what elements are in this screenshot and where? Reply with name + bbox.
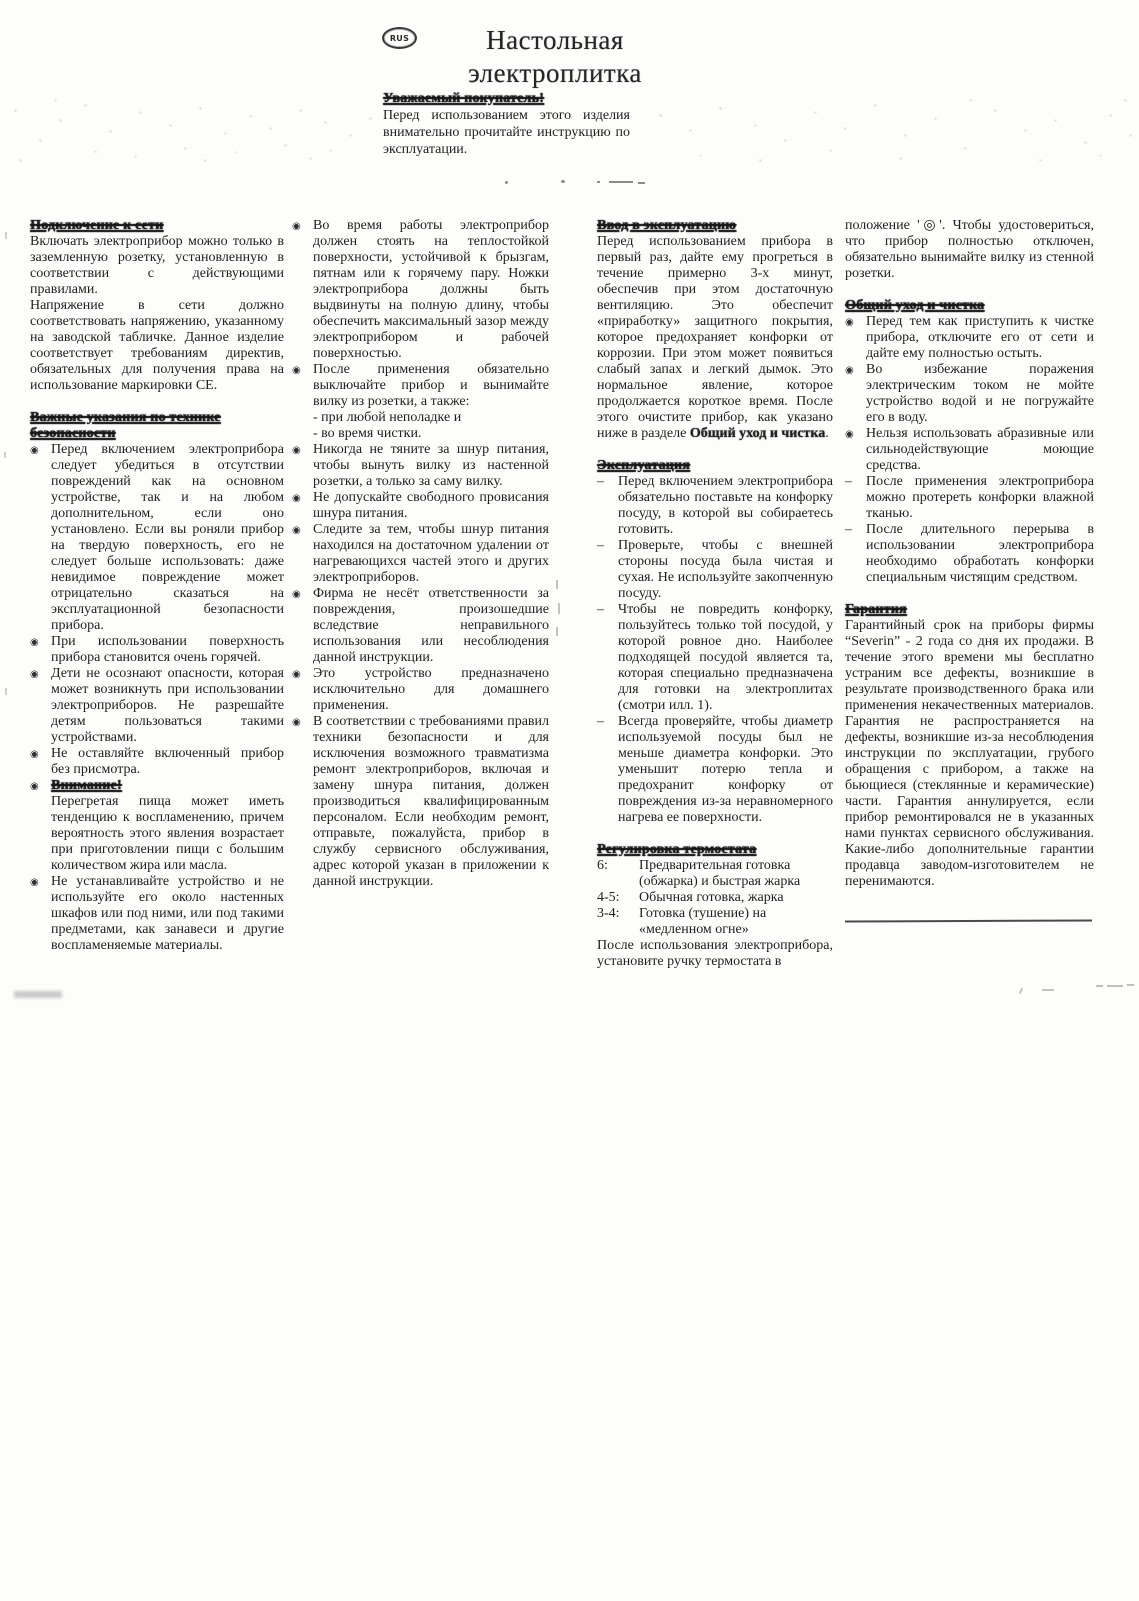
thermostat-outro: После использования электроприбора, уста… (597, 938, 833, 970)
list-item-text: Чтобы не повредить конфорку, пользуйтесь… (618, 602, 833, 714)
thermostat-setting-text: Обычная готовка, жарка (639, 890, 833, 906)
section-heading-care: Общий уход и чистка (845, 298, 1094, 314)
paragraph: Напряжение в сети должно соответствовать… (30, 298, 284, 394)
thermostat-setting-text: Предварительная готовка (обжарка) и быст… (639, 858, 833, 890)
list-item: ◉ Во время работы электроприбор должен с… (292, 218, 549, 362)
scan-artifact (1127, 984, 1134, 986)
list-item-text: Не оставляйте включенный прибор без прис… (51, 746, 284, 778)
thermostat-setting-text: Готовка (тушение) на «медленном огне» (639, 906, 833, 938)
scan-artifact (597, 181, 600, 183)
list-item-text: После применения обязательно выключайте … (313, 362, 549, 442)
bullet-icon: ◉ (30, 666, 51, 746)
list-item: ◉ При использовании поверхность прибора … (30, 634, 284, 666)
list-item-text: Во время работы электроприбор должен сто… (313, 218, 549, 362)
list-item: ◉ Нельзя использовать абразивные или сил… (845, 426, 1094, 474)
startup-paragraph: Перед использованием прибора в первый ра… (597, 234, 833, 442)
bullet-icon: ◉ (292, 362, 313, 442)
scan-artifact (609, 181, 633, 183)
dash-icon: – (597, 714, 618, 826)
list-item: – После длительного перерыва в использов… (845, 522, 1094, 586)
list-item-text: Следите за тем, чтобы шнур питания наход… (313, 522, 549, 586)
dash-icon: – (597, 474, 618, 538)
thermostat-setting-label: 3-4: (597, 906, 639, 938)
bullet-icon: ◉ (30, 442, 51, 634)
bullet-icon: ◉ (845, 314, 866, 362)
warranty-text: Гарантийный срок на приборы фирмы “Sever… (845, 618, 1094, 890)
dash-icon: – (597, 538, 618, 602)
list-item: ◉ Фирма не несёт ответственности за повр… (292, 586, 549, 666)
language-badge-icon: RUS (382, 27, 417, 49)
list-item-text: Всегда проверяйте, чтобы диаметр использ… (618, 714, 833, 826)
startup-bold-ref: Общий уход и чистка (690, 426, 825, 441)
list-item-text: Не допускайте свободного провисания шнур… (313, 490, 549, 522)
list-item: – Всегда проверяйте, чтобы диаметр испол… (597, 714, 833, 826)
greeting-text: Перед использованием этого изделия внима… (383, 107, 630, 158)
scan-artifact (561, 180, 565, 183)
column-2: ◉ Во время работы электроприбор должен с… (292, 218, 549, 890)
list-item: ◉ Никогда не тяните за шнур питания, что… (292, 442, 549, 490)
dash-icon: – (845, 474, 866, 522)
bullet-icon: ◉ (292, 442, 313, 490)
title-line-2: электроплитка (420, 57, 690, 90)
list-item: ◉ Перед включением электроприбора следуе… (30, 442, 284, 634)
bullet-icon: ◉ (845, 426, 866, 474)
bullet-icon: ◉ (30, 746, 51, 778)
column-4: положение '◎'. Чтобы удостовериться, что… (845, 218, 1094, 922)
list-item-text: Во избежание поражения электрическим ток… (866, 362, 1094, 426)
list-item: ◉ Следите за тем, чтобы шнур питания нах… (292, 522, 549, 586)
scan-noise (0, 0, 1, 1)
scan-artifact (5, 688, 7, 695)
list-item-text: Это устройство предназначено исключитель… (313, 666, 549, 714)
section-heading-safety: Важные указания по технике безопасности (30, 410, 284, 442)
list-item: ◉ Не допускайте свободного провисания шн… (292, 490, 549, 522)
list-item-text: После длительного перерыва в использован… (866, 522, 1094, 586)
bullet-icon: ◉ (30, 634, 51, 666)
scan-artifact (556, 580, 558, 589)
scan-artifact (5, 232, 7, 239)
greeting-block: Уважаемый покупатель! Перед использовани… (383, 90, 630, 158)
list-item: – Чтобы не повредить конфорку, пользуйте… (597, 602, 833, 714)
bullet-icon: ◉ (292, 522, 313, 586)
list-item: – Перед включением электроприбора обязат… (597, 474, 833, 538)
list-item: ◉ Не оставляйте включенный прибор без пр… (30, 746, 284, 778)
list-item-text: Перед включением электроприбора следует … (51, 442, 284, 634)
paragraph: Включать электроприбор можно только в за… (30, 234, 284, 298)
thermostat-setting-label: 4-5: (597, 890, 639, 906)
scan-artifact (4, 452, 6, 458)
section-heading-startup: Ввод в эксплуатацию (597, 218, 833, 234)
scan-artifact (558, 603, 560, 614)
column-1: Подключение к сети Включать электроприбо… (30, 218, 284, 954)
warning-heading: Внимание! (51, 778, 284, 794)
scan-artifact (638, 182, 645, 184)
list-item-text: Фирма не несёт ответственности за повреж… (313, 586, 549, 666)
scan-smudge (14, 991, 62, 998)
bullet-icon: ◉ (30, 778, 51, 874)
list-item: – После применения электроприбора можно … (845, 474, 1094, 522)
list-item-text: Не устанавливайте устройство и не исполь… (51, 874, 284, 954)
list-item: ◉ После применения обязательно выключайт… (292, 362, 549, 442)
list-item: ◉ В соответствии с требованиями правил т… (292, 714, 549, 890)
list-item: ◉ Это устройство предназначено исключите… (292, 666, 549, 714)
list-item-warning: ◉ Внимание! Перегретая пища может иметь … (30, 778, 284, 874)
sub-item: - при любой неполадке и (313, 410, 549, 426)
bullet-icon: ◉ (292, 666, 313, 714)
section-heading-connection: Подключение к сети (30, 218, 284, 234)
column-3: Ввод в эксплуатацию Перед использованием… (597, 218, 833, 970)
section-heading-thermostat: Регулировка термостата (597, 842, 833, 858)
list-item-text: Перед включением электроприбора обязател… (618, 474, 833, 538)
list-item-line: После применения обязательно выключайте … (313, 362, 549, 410)
list-item-text: При использовании поверхность прибора ст… (51, 634, 284, 666)
thermostat-setting: 4-5: Обычная готовка, жарка (597, 890, 833, 906)
list-item: ◉ Перед тем как приступить к чистке приб… (845, 314, 1094, 362)
list-item-text: Дети не осознают опасности, которая може… (51, 666, 284, 746)
title-line-1: Настольная (420, 24, 690, 57)
scan-artifact (556, 627, 558, 636)
section-heading-warranty: Гарантия (845, 602, 1094, 618)
scan-artifact (1042, 989, 1054, 991)
bullet-icon: ◉ (292, 218, 313, 362)
bullet-icon: ◉ (30, 874, 51, 954)
startup-text: Перед использованием прибора в первый ра… (597, 234, 833, 441)
list-item-text: После применения электроприбора можно пр… (866, 474, 1094, 522)
sub-item: - во время чистки. (313, 426, 549, 442)
list-item-text: Никогда не тяните за шнур питания, чтобы… (313, 442, 549, 490)
scanned-manual-page: RUS Настольная электроплитка Уважаемый п… (0, 0, 1139, 1601)
list-item-text: Внимание! Перегретая пища может иметь те… (51, 778, 284, 874)
dash-icon: – (597, 602, 618, 714)
scan-artifact (505, 181, 508, 184)
bullet-icon: ◉ (292, 586, 313, 666)
scan-artifact (1019, 988, 1023, 994)
section-heading-operation: Эксплуатация (597, 458, 833, 474)
page-title: Настольная электроплитка (420, 24, 690, 90)
list-item-text: В соответствии с требованиями правил тех… (313, 714, 549, 890)
greeting-title: Уважаемый покупатель! (383, 90, 630, 107)
thermostat-setting-label: 6: (597, 858, 639, 890)
bullet-icon: ◉ (845, 362, 866, 426)
thermostat-setting: 3-4: Готовка (тушение) на «медленном огн… (597, 906, 833, 938)
list-item-text: Проверьте, чтобы с внешней стороны посуд… (618, 538, 833, 602)
thermostat-setting: 6: Предварительная готовка (обжарка) и б… (597, 858, 833, 890)
list-item: ◉ Не устанавливайте устройство и не испо… (30, 874, 284, 954)
list-item: ◉ Во избежание поражения электрическим т… (845, 362, 1094, 426)
startup-text-end: . (825, 426, 829, 441)
warning-text: Перегретая пища может иметь тенденцию к … (51, 794, 284, 874)
scan-artifact (1107, 985, 1123, 987)
list-item: ◉ Дети не осознают опасности, которая мо… (30, 666, 284, 746)
list-item-text: Перед тем как приступить к чистке прибор… (866, 314, 1094, 362)
footer-rule (845, 919, 1092, 922)
scan-artifact (1096, 985, 1103, 987)
list-item: – Проверьте, чтобы с внешней стороны пос… (597, 538, 833, 602)
bullet-icon: ◉ (292, 490, 313, 522)
bullet-icon: ◉ (292, 714, 313, 890)
list-item-text: Нельзя использовать абразивные или сильн… (866, 426, 1094, 474)
thermostat-continuation: положение '◎'. Чтобы удостовериться, что… (845, 218, 1094, 282)
dash-icon: – (845, 522, 866, 586)
